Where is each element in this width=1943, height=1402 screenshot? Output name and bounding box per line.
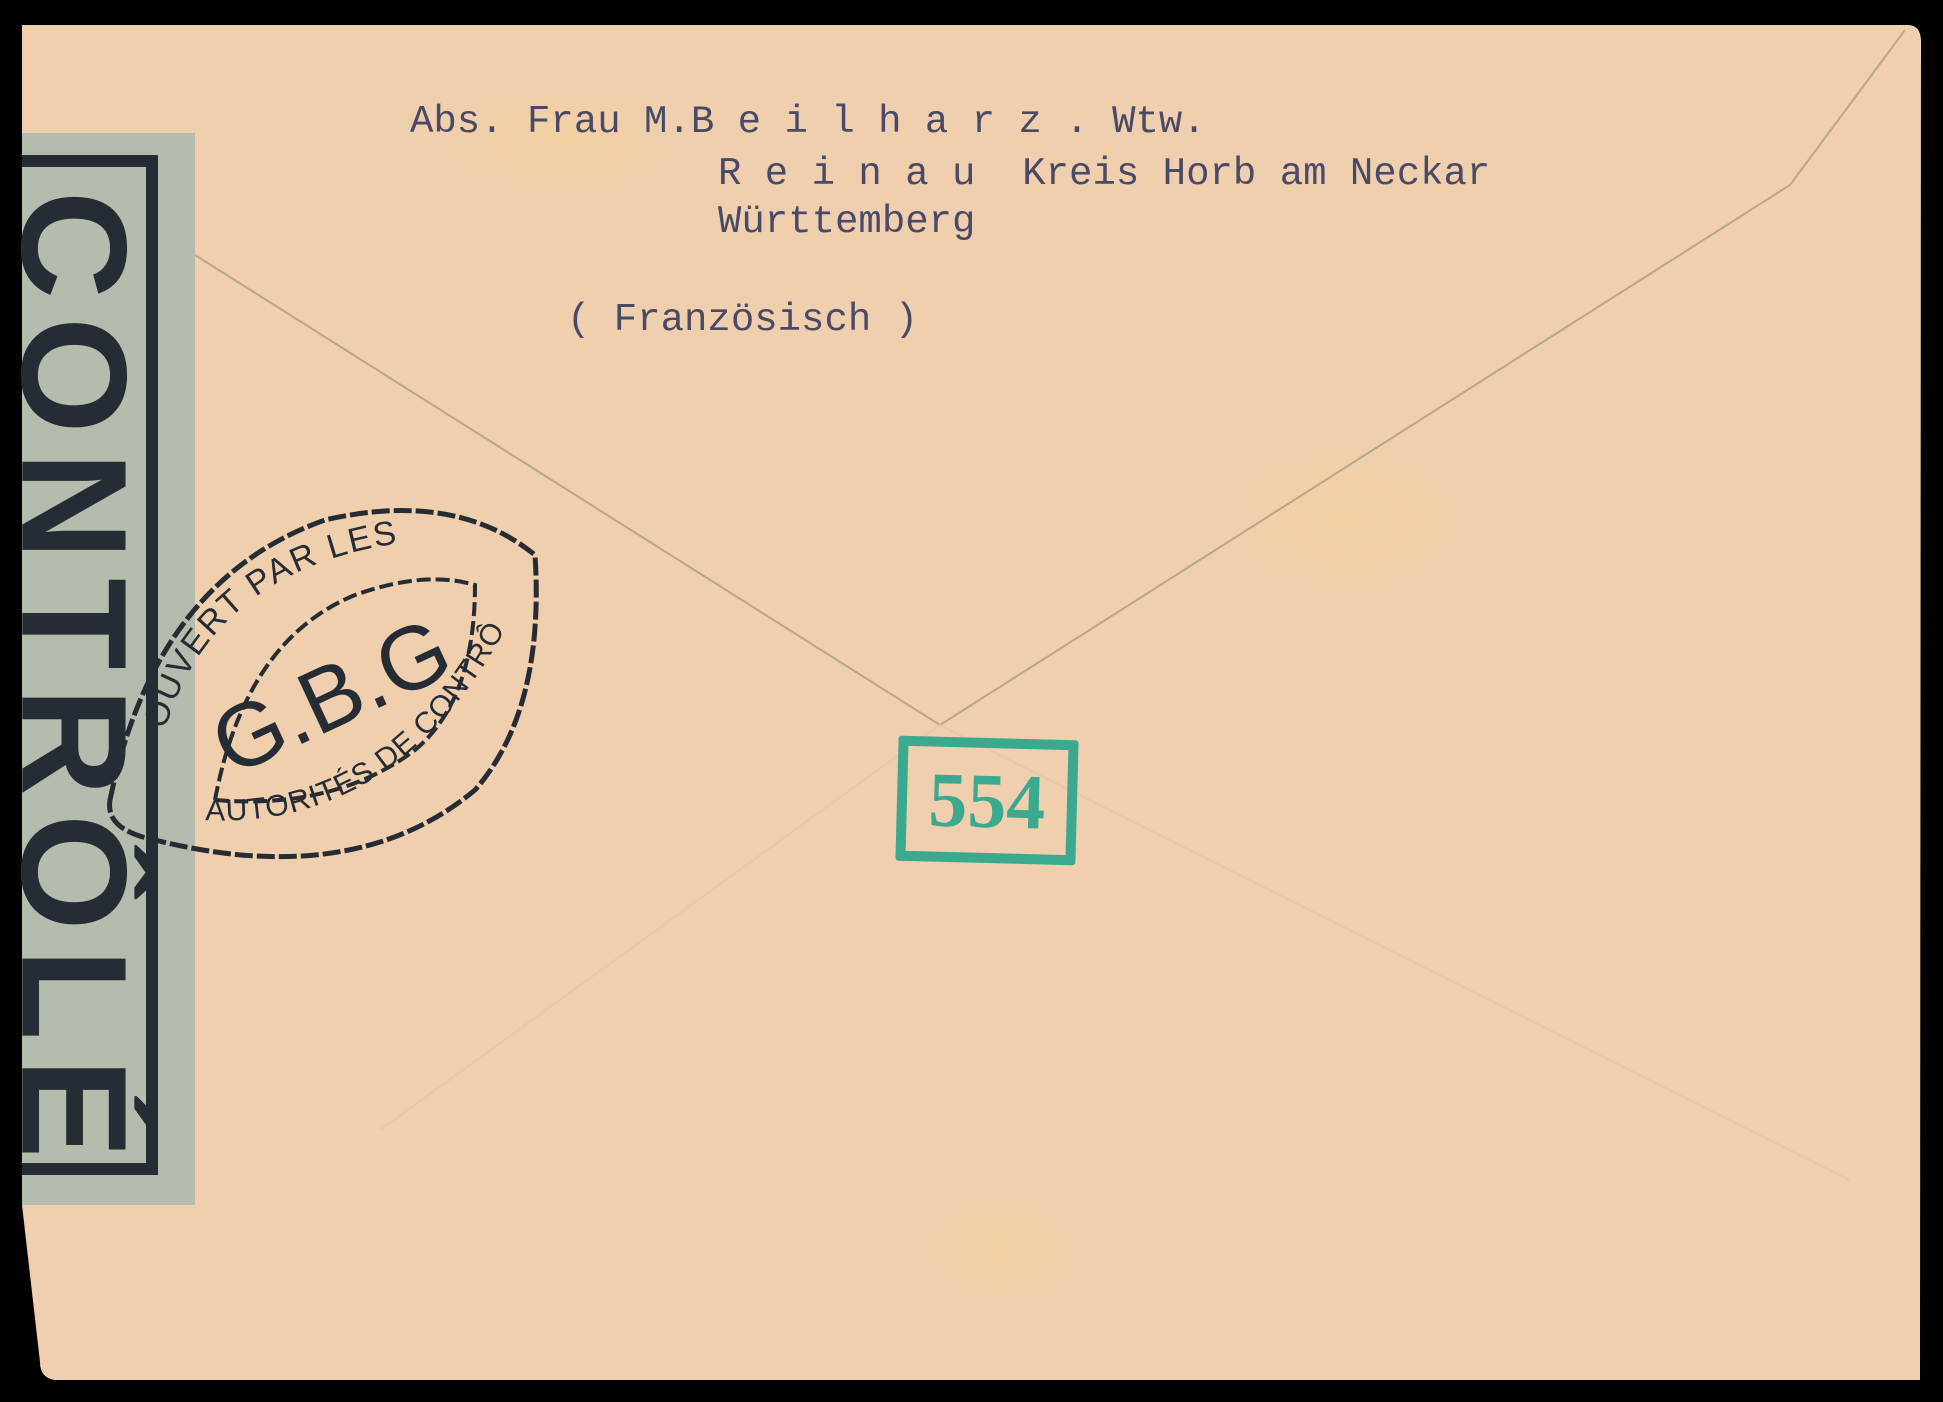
examiner-number: 554 <box>927 754 1046 847</box>
examiner-number-stamp: 554 <box>895 736 1078 866</box>
envelope-back: Abs. Frau M.B e i l h a r z . Wtw. R e i… <box>0 0 1943 1402</box>
sender-line-1: Abs. Frau M.B e i l h a r z . Wtw. <box>410 100 1206 144</box>
sender-line-2: R e i n a u Kreis Horb am Neckar <box>718 152 1490 196</box>
sender-line-3: Württemberg <box>718 200 975 244</box>
handstamp-center-text: G.B.G <box>197 599 466 795</box>
censor-handstamp: OUVERT PAR LES AUTORITÉS DE CONTRÔLE G.B… <box>95 500 555 870</box>
sender-line-4: ( Französisch ) <box>567 298 918 342</box>
